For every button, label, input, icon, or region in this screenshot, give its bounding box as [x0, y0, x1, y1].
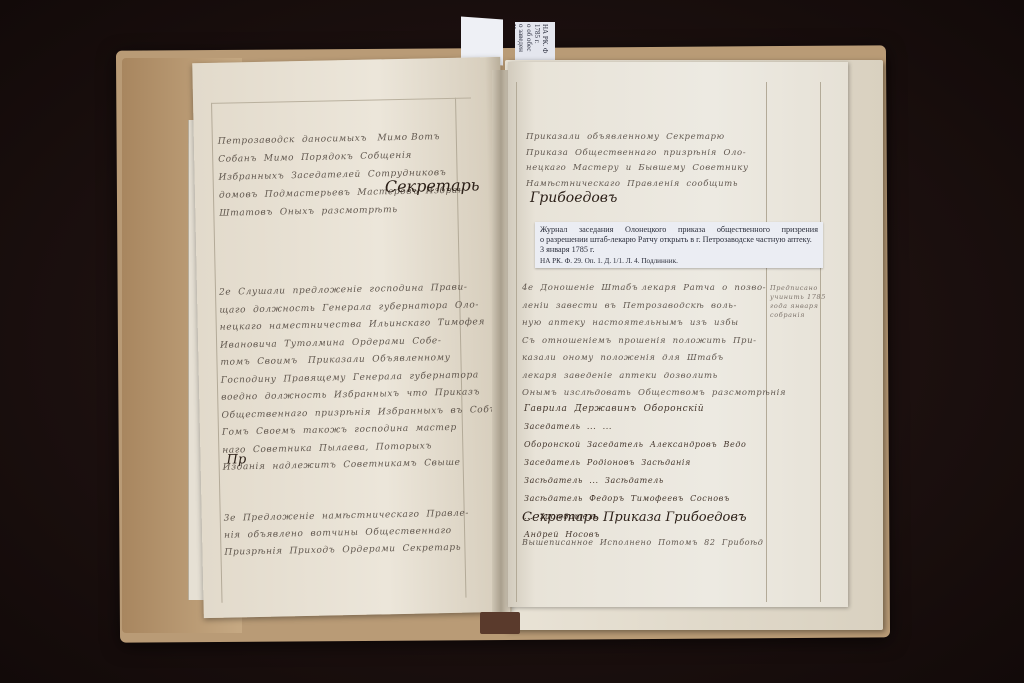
top-rule	[211, 97, 471, 103]
archive-label-tab-text: НА РК. Ф 1785 г. о об обес о заведен На	[515, 24, 549, 53]
caption-word: заседания	[579, 225, 613, 235]
right-page-outer-rule	[820, 82, 821, 602]
left-entry-1-signature: Секретарь	[385, 175, 480, 196]
right-page-left-rule	[516, 82, 517, 602]
caption-word: приказа	[678, 225, 705, 235]
right-entry-4-text: 4е Доношеніе Штабъ лекаря Ратча о позво-…	[522, 280, 786, 403]
signature-line: Оборонской Заседатель Александровъ Ведо	[524, 436, 746, 454]
archive-caption-label: Журнал заседания Олонецкого приказа обще…	[535, 222, 823, 268]
left-entry-2-mark: Пр	[226, 452, 246, 467]
secretary-signature: Секретарь Приказа Грибоедовъ	[522, 510, 747, 525]
left-page: Петрозаводск даносимыхъ Мимо Вотъ Собанъ…	[192, 57, 512, 618]
signature-line: Заседатель Родіоновъ Засѣданія	[524, 454, 691, 472]
left-entry-1-text: Петрозаводск даносимыхъ Мимо Вотъ Собанъ…	[218, 128, 465, 223]
left-entry-2-text: 2е Слушали предложеніе господина Прави- …	[219, 279, 497, 477]
caption-word: Журнал	[540, 225, 567, 235]
signature-line: Засѣдатель ... Засѣдатель	[524, 472, 664, 490]
right-entry-1-signature: Грибоедовъ	[530, 190, 617, 206]
caption-date: 3 января 1785 г.	[540, 245, 818, 255]
right-page: Приказали объявленному Секретарю Приказа…	[508, 62, 848, 607]
caption-word: призрения	[782, 225, 818, 235]
signature-line: Гаврила Державинъ Оборонскiй	[524, 400, 704, 418]
signature-line: Засѣдатель Федоръ Тимофеевъ Сосновъ	[524, 490, 730, 508]
caption-archive-reference: НА РК. Ф. 29. Оп. 1. Д. 1/1. Л. 4. Подли…	[540, 256, 818, 266]
right-footer-line: Вышеписанное Исполнено Потомъ 82 Грибоѣд	[522, 534, 763, 552]
right-entry-1-text: Приказали объявленному Секретарю Приказа…	[526, 130, 749, 192]
caption-word: общественного	[717, 225, 770, 235]
caption-line-2: о разрешении штаб-лекарю Ратчу открыть в…	[540, 235, 818, 245]
left-entry-3-text: 3е Предложеніе намѣстническаго Правле- н…	[224, 506, 470, 562]
caption-title-line: Журнал заседания Олонецкого приказа обще…	[540, 225, 818, 235]
signature-line: Заседатель ... ...	[524, 418, 612, 436]
caption-word: Олонецкого	[625, 225, 666, 235]
right-margin-note: Предписано учинить 1785 года января собр…	[770, 284, 826, 320]
binding-strip	[480, 612, 520, 634]
